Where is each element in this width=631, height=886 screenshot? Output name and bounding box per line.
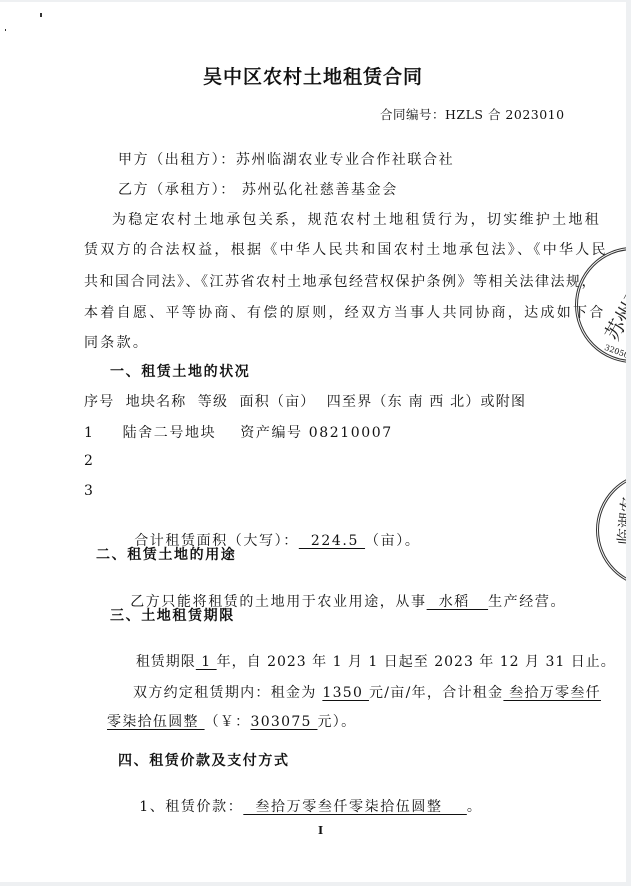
rent-line-2: 零柒拾伍圆整 （￥：303075 元）。 — [84, 695, 356, 747]
total-area-value: 224.5 — [299, 533, 365, 549]
document-title: 吴中区农村土地租赁合同 — [0, 62, 626, 89]
preamble-line: 同条款。 — [84, 332, 149, 352]
land-table-row: 1 陆舍二号地块 资产编号 08210007 — [84, 422, 393, 442]
seal-top-text: 苏州弘化社 — [596, 244, 626, 345]
asset-number: 资产编号 08210007 — [240, 425, 393, 441]
lease-price: 1、租赁价款： 叁拾万零叁仟零柒拾伍圆整 。 — [115, 780, 482, 832]
rent-total-number: 303075 — [250, 714, 317, 730]
contract-number: 合同编号：HZLS 合 2023010 — [380, 105, 565, 123]
rent-total-num-prefix: （￥： — [205, 714, 251, 730]
seal-bottom-text: 临湖农 — [611, 496, 626, 546]
rent-total-num-suffix: 元）。 — [317, 714, 356, 730]
party-b-name: 苏州弘化社慈善基金会 — [242, 182, 398, 198]
section-4-heading: 四、租赁价款及支付方式 — [118, 750, 290, 770]
preamble-line: 为稳定农村土地承包关系，规范农村土地租赁行为，切实维护土地租 — [112, 209, 601, 229]
page-mark: I — [318, 824, 325, 837]
rent-mid: 元/亩/年，合计租金 — [369, 685, 503, 701]
total-area-unit: （亩）。 — [365, 533, 420, 549]
seal-top-code: 32050 — [603, 343, 626, 360]
rent-total-words: 叁拾万零叁仟 — [503, 685, 601, 701]
lease-price-label: 1、租赁价款： — [139, 799, 243, 815]
lease-price-value: 叁拾万零叁仟零柒拾伍圆整 — [243, 799, 467, 815]
party-a-label: 甲方（出租方）： — [118, 152, 236, 168]
party-b: 乙方（承租方）：苏州弘化社慈善基金会 — [118, 179, 398, 199]
scan-speck — [5, 29, 6, 31]
row-number: 3 — [84, 483, 95, 499]
preamble-line: 赁双方的合法权益，根据《中华人民共和国农村土地承包法》、《中华人民 — [84, 239, 608, 259]
party-a-name: 苏州临湖农业专业合作社联合社 — [236, 152, 454, 168]
row-number: 2 — [84, 453, 95, 469]
plot-name: 陆舍二号地块 — [123, 425, 217, 441]
contract-number-label: 合同编号： — [380, 107, 445, 122]
official-seal-bottom: 临湖农 — [596, 472, 626, 588]
land-use-value: 水稻 — [427, 594, 488, 610]
lease-price-end: 。 — [467, 799, 483, 815]
rent-total-words-cont: 零柒拾伍圆整 — [107, 714, 205, 730]
row-number: 1 — [84, 425, 95, 441]
contract-number-value: HZLS 合 2023010 — [445, 107, 565, 122]
preamble-line: 本着自愿、平等协商、有偿的原则，经双方当事人共同协商，达成如下合 — [84, 302, 606, 322]
section-3-heading: 三、土地租赁期限 — [110, 605, 235, 625]
official-seal-top: 苏州弘化社 32050 — [575, 247, 626, 363]
section-2-heading: 二、租赁土地的用途 — [96, 544, 236, 564]
scan-speck — [40, 13, 42, 17]
party-b-label: 乙方（承租方）： — [118, 182, 236, 198]
section-1-heading: 一、租赁土地的状况 — [110, 361, 250, 381]
land-table-header: 序号 地块名称 等级 面积（亩） 四至界（东 南 西 北）或附图 — [84, 391, 526, 411]
document-page: 吴中区农村土地租赁合同 合同编号：HZLS 合 2023010 甲方（出租方）：… — [0, 2, 626, 882]
party-a: 甲方（出租方）：苏州临湖农业专业合作社联合社 — [118, 149, 454, 169]
land-table-row: 2 — [84, 453, 95, 469]
land-use-text-end: 生产经营。 — [488, 594, 566, 610]
land-table-row: 3 — [84, 483, 95, 499]
preamble-line: 共和国合同法》、《江苏省农村土地承包经营权保护条例》等相关法律法规， — [84, 271, 597, 291]
